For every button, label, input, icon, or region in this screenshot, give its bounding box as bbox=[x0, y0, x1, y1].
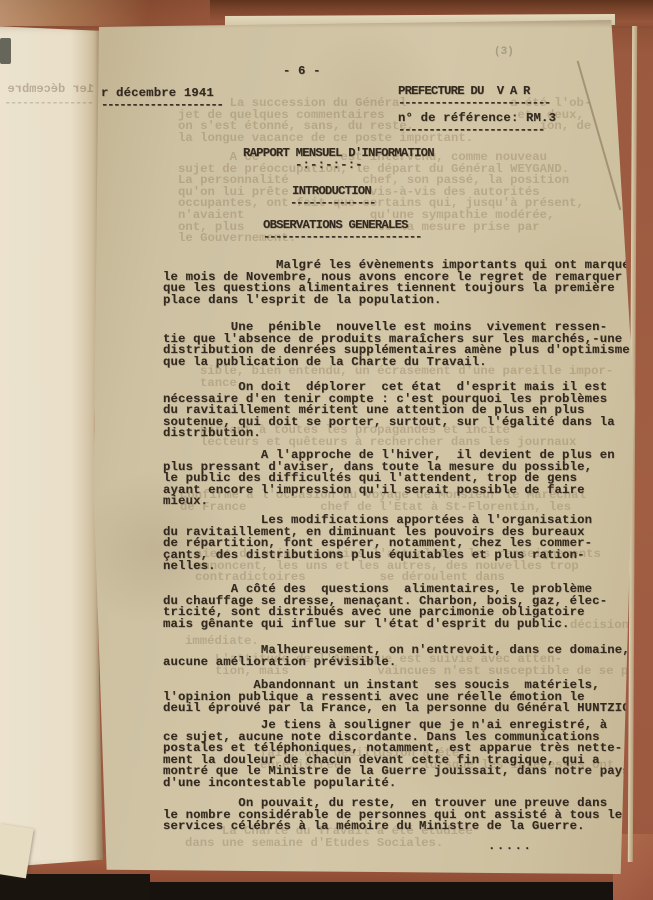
end-dots: ..... bbox=[488, 841, 532, 853]
paragraph: Abandonnant un instant ses soucis matéri… bbox=[163, 680, 645, 715]
corner-page-mark: (3) bbox=[494, 46, 514, 58]
paragraph: Une pénible nouvelle est moins vivement … bbox=[163, 322, 630, 368]
observations-underline: -------------------------- bbox=[263, 232, 421, 244]
ink-smudge bbox=[0, 38, 11, 64]
paragraph: Malgré les évènements importants qui ont… bbox=[163, 260, 630, 306]
introduction-underline: -------------- bbox=[290, 198, 375, 210]
book-scan: 1er décembre 19 --------------- La succe… bbox=[0, 0, 653, 900]
date-underline: -------------------- bbox=[101, 100, 223, 112]
prefecture-underline: ------------------------- bbox=[398, 98, 550, 110]
cover-crumple-texture bbox=[0, 0, 210, 26]
paragraph: On pouvait, du reste, en trouver une pre… bbox=[163, 798, 630, 833]
title-divider: -:-:-:-:- bbox=[295, 160, 363, 172]
paragraph: A l'approche de l'hiver, il devient de p… bbox=[163, 450, 615, 508]
paragraph: On doit déplorer cet état d'esprit mais … bbox=[163, 382, 615, 440]
paragraph: Malheureusement, on n'entrevoit, dans ce… bbox=[163, 645, 630, 668]
bleedthrough-mirrored-date: 1er décembre 19 bbox=[0, 82, 94, 96]
underlying-page-edge: 1er décembre 19 --------------- bbox=[0, 26, 104, 868]
page-number: - 6 - bbox=[283, 66, 321, 78]
bleedthrough-mirrored-underline: --------------- bbox=[0, 96, 94, 110]
paragraph: Je tiens à souligner que je n'ai enregis… bbox=[163, 720, 637, 789]
reference-underline: ------------------------ bbox=[398, 125, 544, 137]
paragraph: A côté des questions alimentaires, le pr… bbox=[163, 584, 607, 630]
paragraph: Les modifications apportées à l'organisa… bbox=[163, 515, 592, 573]
document-page: La succession du Général a été l'ob- jet… bbox=[88, 20, 636, 874]
